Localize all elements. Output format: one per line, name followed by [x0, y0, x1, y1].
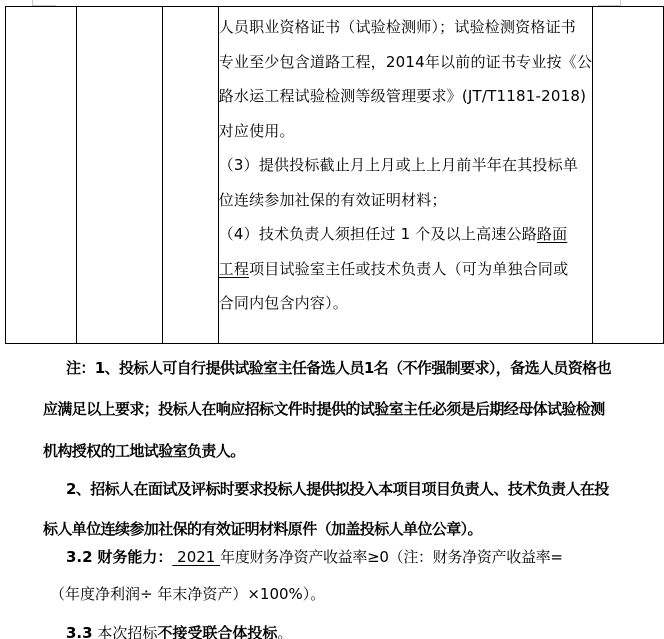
section-number: 3.3 [66, 624, 93, 639]
note-1-line-2: 应满足以上要求；投标人在响应招标文件时提供的试验室主任必须是后期经母体试验检测 [43, 398, 605, 419]
underlined-text: 路面 [537, 225, 567, 243]
requirement-line: 位连续参加社保的有效证明材料； [219, 183, 592, 218]
section-label: 财务能力： [97, 548, 172, 566]
item4-text: （4）技术负责人须担任过 1 个及以上高速公路 [219, 225, 537, 243]
requirement-item4-line3: 合同内包含内容）。 [219, 286, 592, 321]
year-field: 2021 [172, 548, 220, 566]
note-1-line-3: 机构授权的工地试验室负责人。 [43, 440, 245, 461]
section-3-2-line-2: （年度净利润÷ 年末净资产）×100%）。 [50, 583, 325, 604]
requirement-line: （3）提供投标截止月上月或上上月前半年在其投标单 [219, 148, 592, 183]
requirement-item4-line2: 工程项目试验室主任或技术负责人（可为单独合同或 [219, 252, 592, 287]
requirements-text: 人员职业资格证书（试验检测师）；试验检测资格证书 专业至少包含道路工程，2014… [219, 7, 592, 321]
underlined-text: 工程 [219, 260, 249, 278]
table-cell-col1 [6, 7, 77, 344]
section-bold-text: 不接受联合体投标 [157, 624, 277, 639]
table-row: 人员职业资格证书（试验检测师）；试验检测资格证书 专业至少包含道路工程，2014… [6, 7, 664, 344]
section-3-2-line-1: 3.2 财务能力： 2021 年度财务净资产收益率≥0（注：财务净资产收益率= [66, 546, 563, 567]
table-cell-col2 [76, 7, 162, 344]
section-3-3: 3.3 本次招标不接受联合体投标。 [66, 622, 292, 639]
note-2-line-1: 2、招标人在面试及评标时要求投标人提供拟投入本项目项目负责人、技术负责人在投 [66, 478, 609, 499]
requirement-line: 路水运工程试验检测等级管理要求》(JT/T1181-2018) [219, 79, 592, 114]
requirement-line: 专业至少包含道路工程，2014年以前的证书专业按《公 [219, 45, 592, 80]
section-number: 3.2 [66, 548, 93, 566]
table-cell-requirements: 人员职业资格证书（试验检测师）；试验检测资格证书 专业至少包含道路工程，2014… [218, 7, 592, 344]
note-2-line-2: 标人单位连续参加社保的有效证明材料原件（加盖投标人单位公章）。 [43, 518, 482, 539]
note-1-line-1: 注：1、投标人可自行提供试验室主任备选人员1名（不作强制要求），备选人员资格也 [66, 357, 611, 378]
table-cell-col3 [162, 7, 218, 344]
section-prefix: 本次招标 [97, 624, 157, 639]
requirement-item4-line1: （4）技术负责人须担任过 1 个及以上高速公路路面 [219, 217, 592, 252]
year-value: 2021 [177, 548, 215, 566]
requirements-table: 人员职业资格证书（试验检测师）；试验检测资格证书 专业至少包含道路工程，2014… [5, 6, 664, 344]
section-text: 年度财务净资产收益率≥0（注：财务净资产收益率= [220, 548, 562, 566]
requirement-line: 人员职业资格证书（试验检测师）；试验检测资格证书 [219, 10, 592, 45]
section-suffix: 。 [277, 624, 292, 639]
table-cell-col5 [593, 7, 664, 344]
requirement-line: 对应使用。 [219, 114, 592, 149]
item4-text: 项目试验室主任或技术负责人（可为单独合同或 [249, 260, 568, 278]
